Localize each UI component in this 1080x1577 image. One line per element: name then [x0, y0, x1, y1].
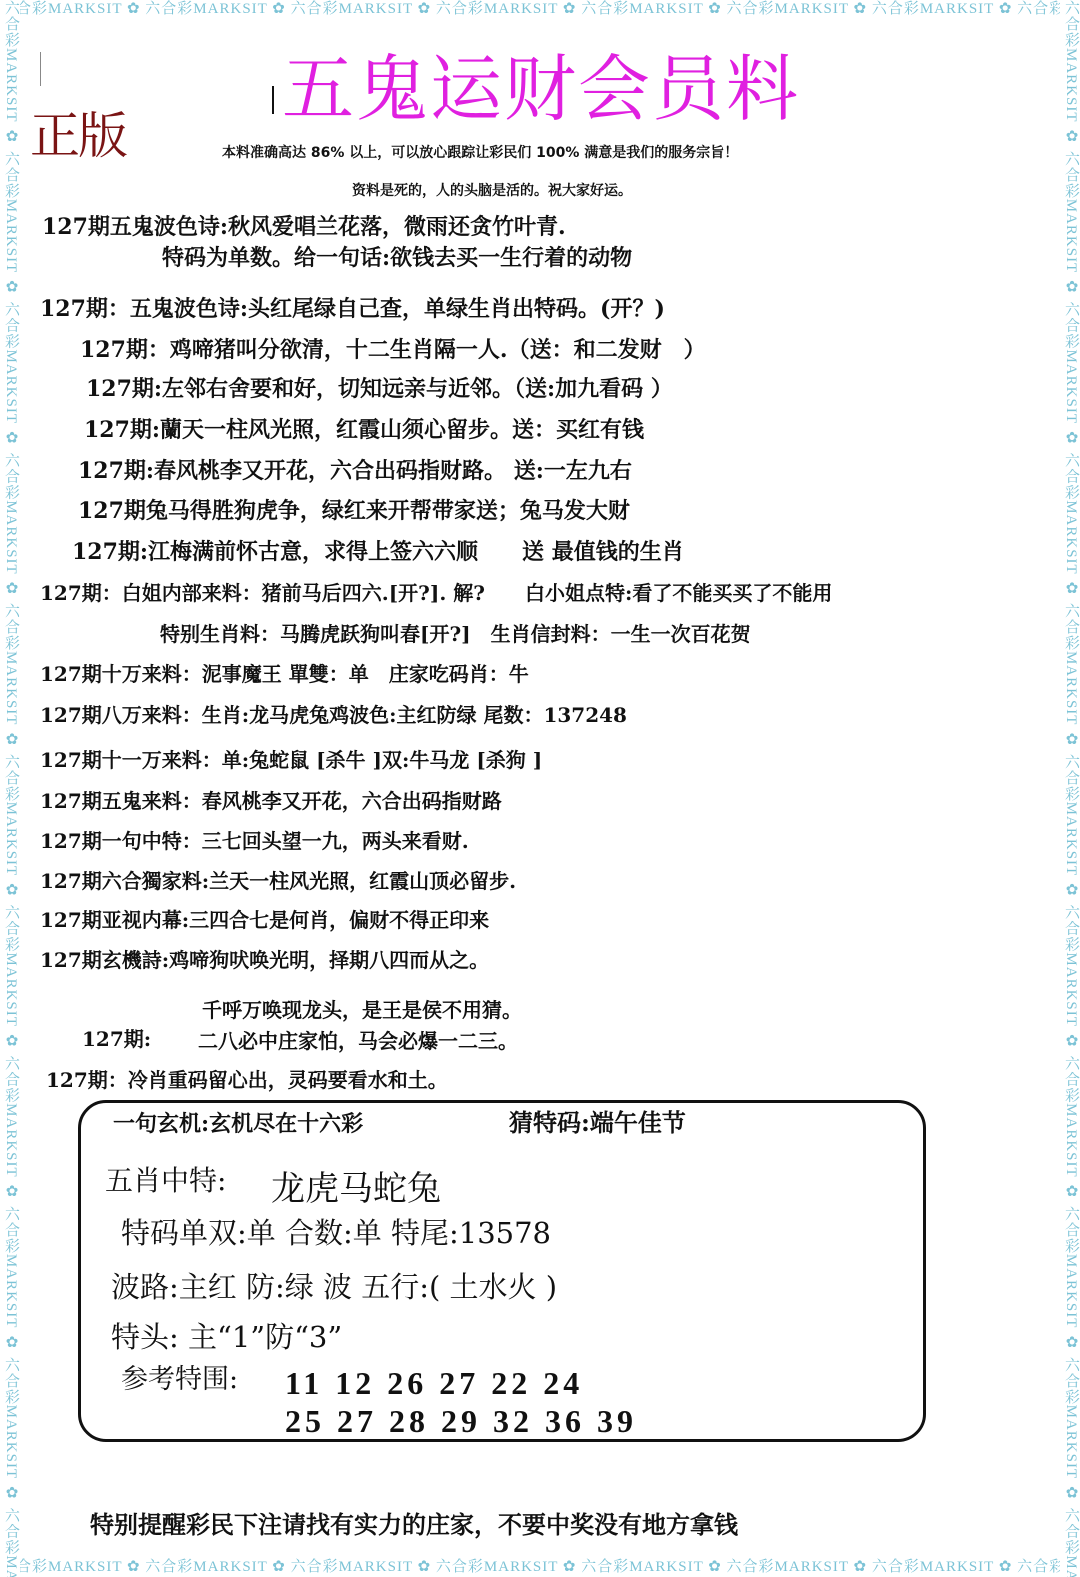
text-line: 127期：五鬼波色诗:头红尾绿自己查，单绿生肖出特码。(开？): [40, 294, 665, 324]
text-line: 127期一句中特：三七回头望一九，两头来看财.: [40, 826, 469, 856]
text-line: 127期十万来料：泥事魔王 單雙：单 庄家吃码肖：牛: [40, 659, 529, 689]
text-line: 127期五鬼波色诗:秋风爱唱兰花落，微雨还贪竹叶青.: [42, 212, 566, 242]
page-title: 五鬼运财会员料: [282, 44, 800, 134]
border-bottom: 六合彩MARKSIT ✿ 六合彩MARKSIT ✿ 六合彩MARKSIT ✿ 六…: [0, 1557, 1080, 1577]
text-line: 127期：冷肖重码留心出，灵码要看水和土。: [46, 1065, 448, 1095]
text-line: 127期：白姐内部来料：猪前马后四六.[开?]. 解? 白小姐点特:看了不能买买…: [40, 578, 832, 608]
text-line: 特别生肖料：马腾虎跃狗叫春[开?] 生肖信封料：一生一次百花贺: [160, 619, 751, 649]
text-line: 127期八万来料：生肖:龙马虎兔鸡波色:主红防绿 尾数：137248: [40, 700, 627, 730]
border-left: 六合彩MARKSIT ✿ 六合彩MARKSIT ✿ 六合彩MARKSIT ✿ 六…: [0, 0, 20, 1577]
color-wave-row: 波路:主红 防:绿 波 五行:( 土水火 ): [111, 1265, 557, 1306]
five-zodiac-value: 龙虎马蛇兔: [271, 1161, 441, 1210]
guess-code: 猜特码:端午佳节: [509, 1103, 686, 1138]
text-line: 千呼万唤现龙头，是王是侯不用猜。: [202, 995, 522, 1025]
text-line: 127期:蘭天一柱风光照，红霞山须心留步。送：买红有钱: [84, 415, 644, 445]
text-line: 127期兔马得胜狗虎争，绿红来开帮带家送；兔马发大财: [78, 496, 630, 526]
text-line: 127期亚视内幕:三四合七是何肖，偏财不得正印来: [40, 905, 489, 935]
reference-numbers-row-1: 11 12 26 27 22 24: [285, 1365, 583, 1402]
authentic-badge: 正版: [30, 96, 126, 168]
text-line: 127期：鸡啼猪叫分欲清，十二生肖隔一人.（送：和二发财 ）: [80, 335, 706, 365]
decorative-tick: [40, 52, 41, 86]
title-cursor-bar: [272, 86, 274, 114]
text-line: 127期:: [82, 1024, 151, 1054]
reference-label: 参考特围:: [121, 1357, 238, 1396]
text-line: 127期玄機詩:鸡啼狗吠唤光明，择期八四而从之。: [40, 945, 489, 975]
one-line-hint: 一句玄机:玄机尽在十六彩: [113, 1107, 363, 1138]
text-line: 127期:江梅满前怀古意，求得上签六六顺 送 最值钱的生肖: [72, 537, 684, 567]
special-head-row: 特头: 主“1”防“3”: [111, 1315, 342, 1356]
text-line: 127期:左邻右舍要和好，切知远亲与近邻。（送:加九看码 ）: [86, 374, 673, 404]
text-line: 127期:春风桃李又开花，六合出码指财路。 送:一左九右: [78, 456, 632, 486]
odd-even-row: 特码单双:单 合数:单 特尾:13578: [121, 1211, 551, 1252]
text-line: 特码为单数。给一句话:欲钱去买一生行着的动物: [162, 243, 632, 273]
subtitle-accuracy: 本料准确高达 86% 以上，可以放心跟踪让彩民们 100% 满意是我们的服务宗旨…: [222, 142, 738, 162]
reference-numbers-row-2: 25 27 28 29 32 36 39: [285, 1403, 637, 1440]
five-zodiac-label: 五肖中特:: [105, 1159, 226, 1199]
text-line: 127期六合獨家料:兰天一柱风光照，红霞山顶必留步.: [40, 866, 516, 896]
subtitle-wish: 资料是死的，人的头脑是活的。祝大家好运。: [352, 180, 632, 200]
summary-box: 一句玄机:玄机尽在十六彩 猜特码:端午佳节 五肖中特: 龙虎马蛇兔 特码单双:单…: [78, 1100, 926, 1442]
text-line: 127期五鬼来料：春风桃李又开花，六合出码指财路: [40, 786, 502, 816]
text-line: 127期十一万来料：单:兔蛇鼠 [杀牛 ]双:牛马龙 [杀狗 ]: [40, 745, 542, 775]
border-right: 六合彩MARKSIT ✿ 六合彩MARKSIT ✿ 六合彩MARKSIT ✿ 六…: [1060, 0, 1080, 1577]
text-line: 二八必中庄家怕，马会必爆一二三。: [198, 1026, 518, 1056]
footer-notice: 特别提醒彩民下注请找有实力的庄家，不要中奖没有地方拿钱: [90, 1505, 738, 1540]
border-top: 六合彩MARKSIT ✿ 六合彩MARKSIT ✿ 六合彩MARKSIT ✿ 六…: [0, 0, 1080, 20]
